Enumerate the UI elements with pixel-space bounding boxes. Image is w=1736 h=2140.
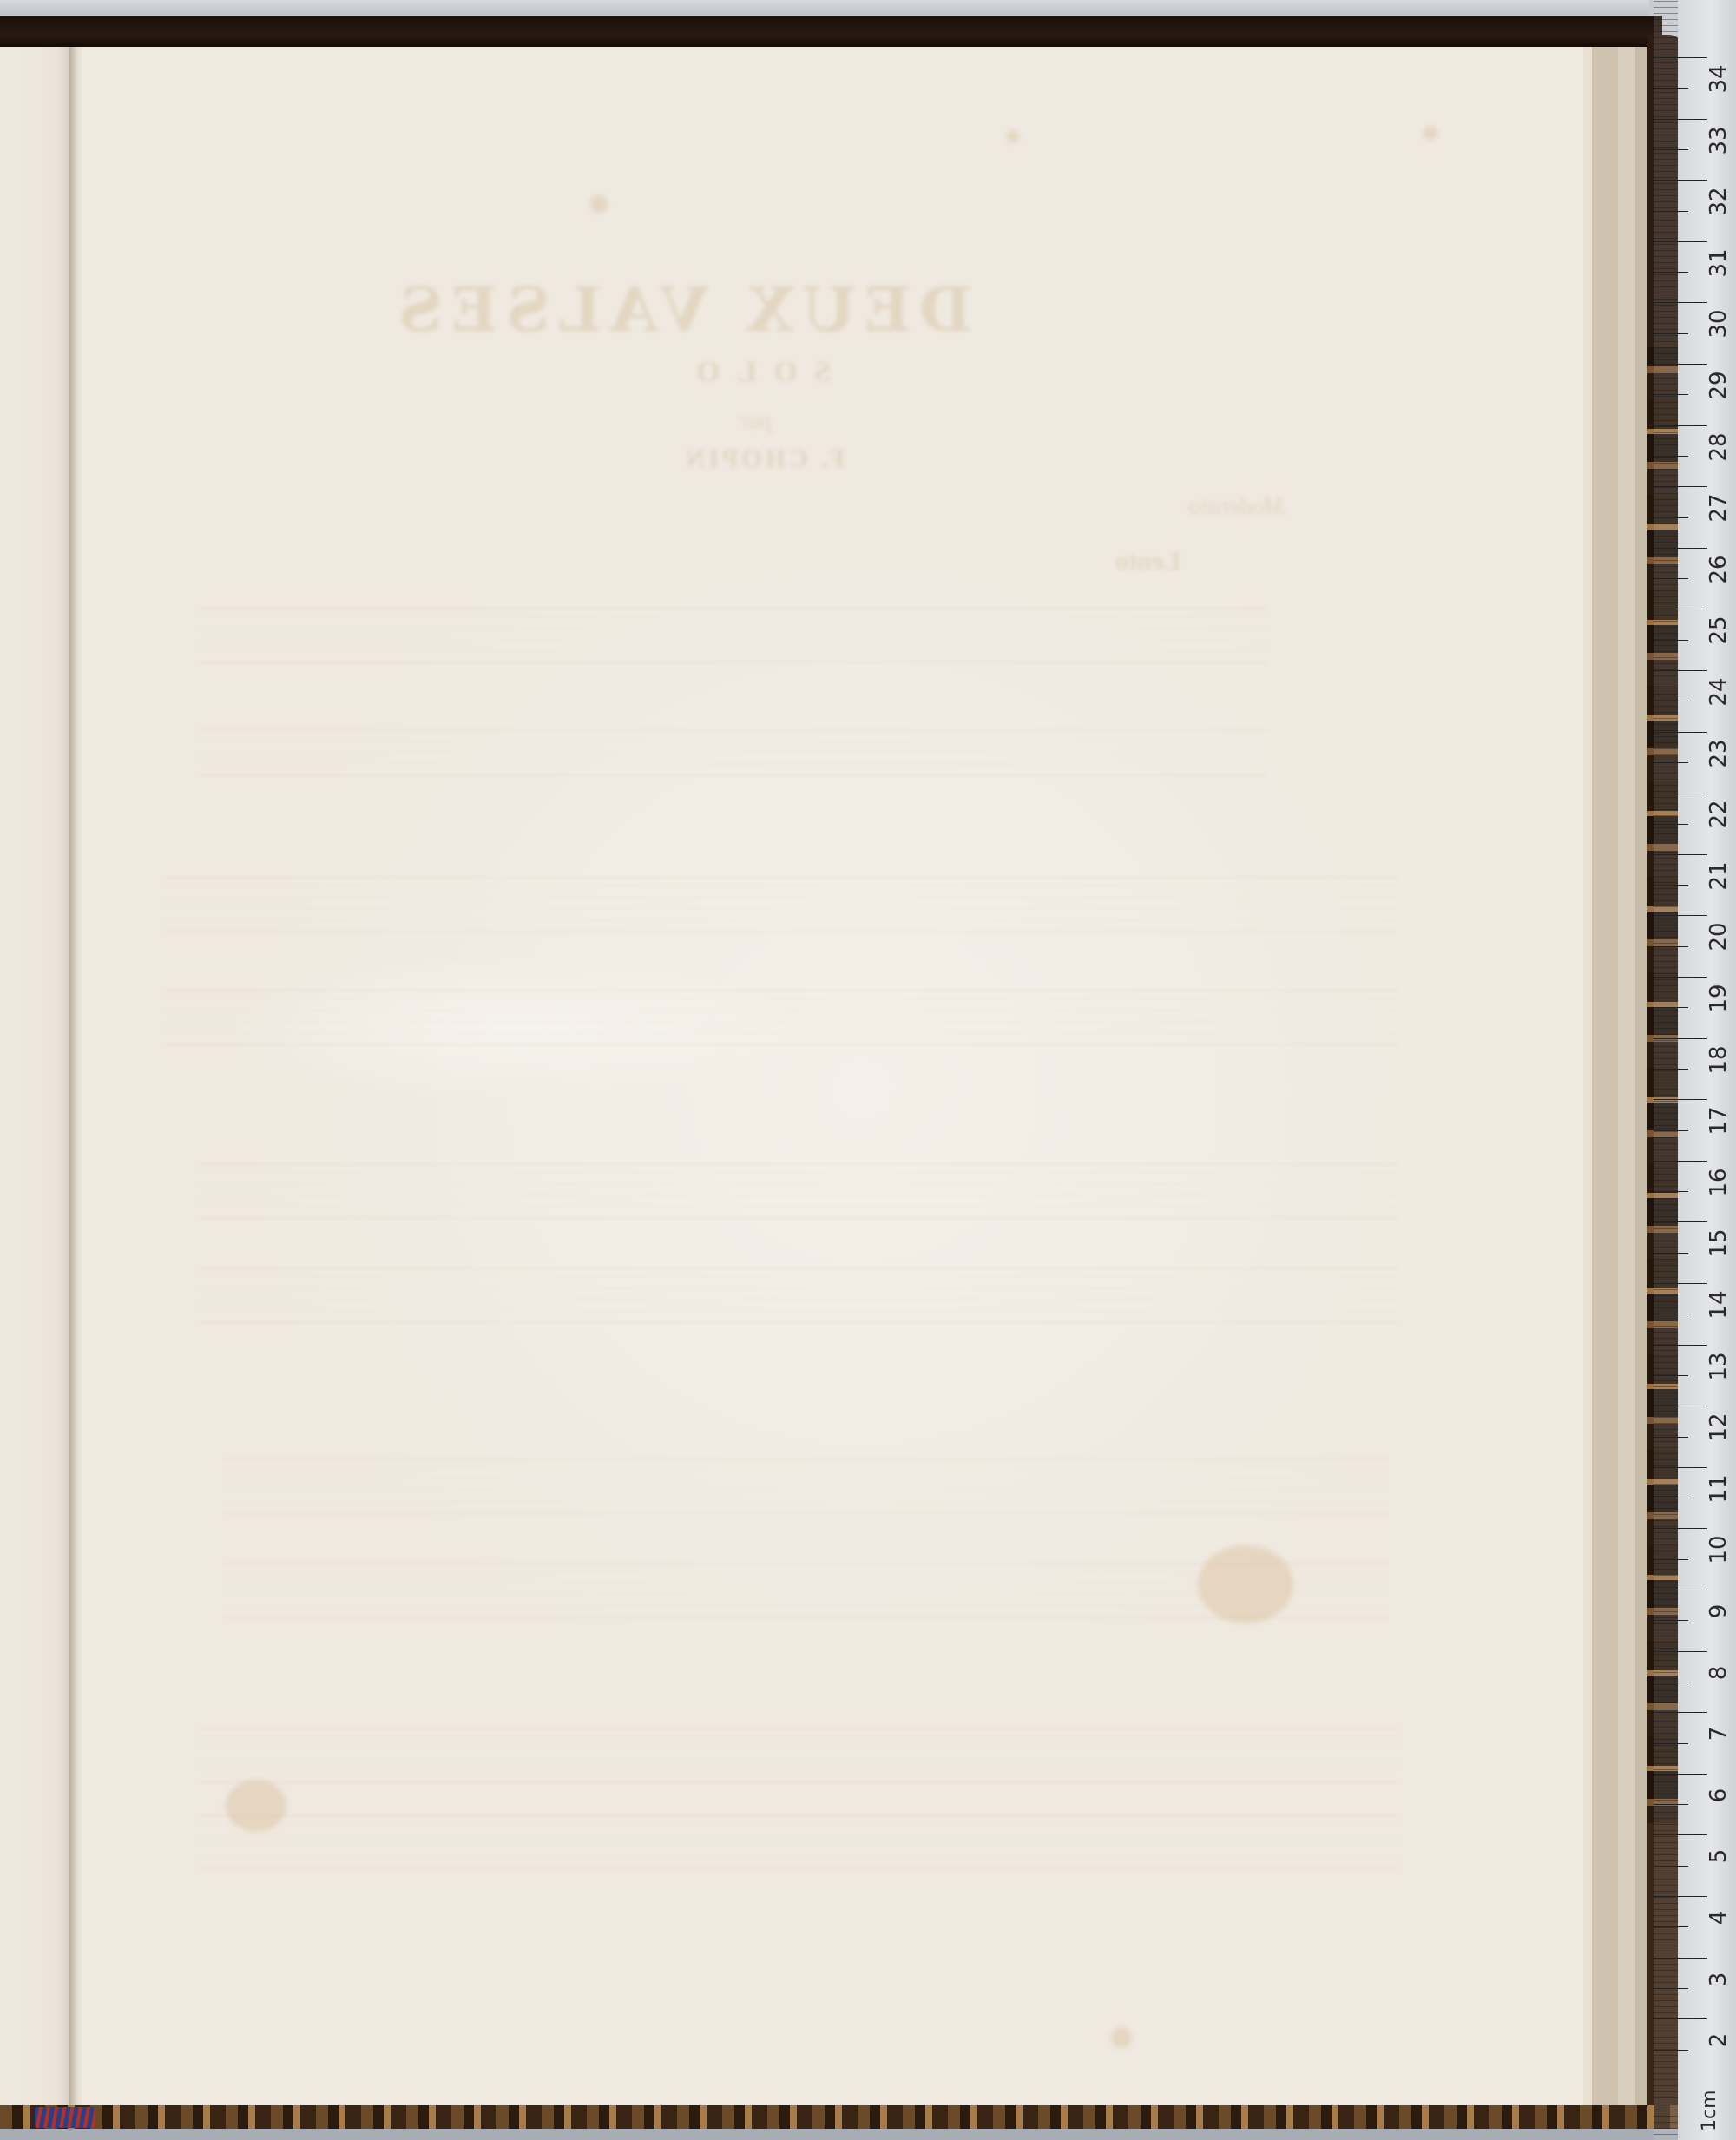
ruler-half-cm-tick [1654,88,1688,89]
ruler-cm-label: 8 [1706,1656,1732,1690]
show-through-staff-system-6 [200,1268,1397,1323]
ruler-cm-tick [1654,1221,1707,1222]
foxing-spot [1007,130,1019,142]
ruler-half-cm-tick [1654,1437,1688,1438]
ruler-cm-tick [1654,1099,1707,1100]
ruler-cm-tick [1654,486,1707,487]
ruler-half-cm-tick [1654,1007,1688,1008]
ruler-cm-tick [1654,1528,1707,1529]
ruler-half-cm-tick [1654,1804,1688,1805]
foxing-spot [1198,1545,1293,1623]
ruler-half-cm-tick [1654,1866,1688,1867]
ruler-half-cm-tick [1654,456,1688,457]
show-through-title: DEUX VALSES [538,273,972,346]
ruler-half-cm-tick [1654,578,1688,579]
ruler-cm-label: 17 [1706,1103,1732,1138]
ruler-cm-tick [1654,609,1707,609]
ruler-cm-tick [1654,1345,1707,1346]
scanner-background-bottom [0,2129,1684,2140]
ruler-cm-label: 32 [1706,184,1732,219]
ruler-half-cm-tick [1654,1191,1688,1192]
ruler-cm-label: 10 [1706,1532,1732,1567]
show-through-staff-system-3 [165,877,1397,932]
ruler-half-cm-tick [1654,272,1688,273]
ruler-cm-tick [1654,1774,1707,1775]
ruler-cm-tick [1654,1712,1707,1713]
ruler-half-cm-tick [1654,640,1688,641]
ruler-half-cm-tick [1654,885,1688,886]
ruler-cm-tick [1654,977,1707,978]
ruler-half-cm-tick [1654,333,1688,334]
show-through-staff-system-9 [200,1728,1397,1783]
ruler-cm-label: 2 [1706,2023,1732,2058]
ruler-cm-tick [1654,1406,1707,1406]
ruler-half-cm-tick [1654,1130,1688,1131]
ruler-cm-tick [1654,1834,1707,1835]
ruler-half-cm-tick [1654,1559,1688,1560]
ruler-cm-label: 19 [1706,981,1732,1016]
headband [35,2107,95,2128]
ruler-cm-label: 18 [1706,1043,1732,1077]
ruler-cm-label: 5 [1706,1839,1732,1873]
ruler-half-cm-tick [1654,1375,1688,1376]
ruler-cm-tick [1654,1161,1707,1162]
ruler-cm-tick [1654,548,1707,549]
ruler-unit-label: 1cm [1697,2097,1723,2131]
ruler-half-cm-tick [1654,1926,1688,1927]
show-through-composer: F. CHOPIN [582,444,946,474]
ruler-cm-label: 4 [1706,1900,1732,1935]
ruler-cm-label: 13 [1706,1349,1732,1384]
ruler-half-cm-tick [1654,1620,1688,1621]
ruler-cm-label: 27 [1706,491,1732,525]
ruler-cm-tick [1654,793,1707,793]
ruler-half-cm-tick [1654,2050,1688,2051]
ruler-cm-tick [1654,119,1707,120]
foxing-spot [226,1780,286,1832]
ruler-cm-label: 7 [1706,1716,1732,1751]
ruler-half-cm-tick [1654,762,1688,763]
ruler-half-cm-tick [1654,1069,1688,1070]
show-through-staff-system-1 [200,608,1267,663]
ruler-cm-label: 22 [1706,797,1732,832]
ruler-cm-tick [1654,1590,1707,1590]
ruler-cm-tick [1654,1958,1707,1959]
ruler-half-cm-tick [1654,1682,1688,1682]
ruler-cm-label: 31 [1706,246,1732,280]
ruler-cm-label: 23 [1706,736,1732,771]
ruler-cm-label: 29 [1706,368,1732,403]
ruler-cm-label: 12 [1706,1410,1732,1445]
ruler-cm-label: 33 [1706,123,1732,158]
book-cover-bottom-edge [0,2105,1684,2131]
ruler-half-cm-tick [1654,701,1688,701]
ruler-cm-label: 16 [1706,1165,1732,1200]
show-through-staff-system-4 [165,990,1397,1045]
ruler-millimeter-ticks [1654,0,1678,2140]
ruler-cm-tick [1654,915,1707,916]
ruler-cm-label: 28 [1706,430,1732,464]
ruler-cm-tick [1654,57,1707,58]
ruler-half-cm-tick [1654,1498,1688,1498]
ruler-cm-tick [1654,425,1707,426]
page-stack-fore-edge [1583,47,1647,2106]
show-through-subtitle: SOLO [625,356,885,389]
ruler-half-cm-tick [1654,149,1688,150]
ruler-cm-label: 34 [1706,62,1732,96]
ruler-cm-label: 25 [1706,613,1732,648]
ruler-cm-tick [1654,364,1707,365]
ruler-cm-tick [1654,241,1707,242]
ruler-half-cm-tick [1654,394,1688,395]
ruler-half-cm-tick [1654,824,1688,825]
ruler-cm-tick [1654,1283,1707,1284]
ruler-cm-tick [1654,854,1707,855]
show-through-staff-system-2 [200,729,1267,776]
ruler-cm-tick [1654,732,1707,733]
ruler-cm-label: 14 [1706,1287,1732,1322]
show-through-staff-system-7 [226,1458,1389,1514]
ruler-half-cm-tick [1654,1988,1688,1989]
ruler-cm-label: 26 [1706,552,1732,587]
ruler-cm-label: 11 [1706,1472,1732,1506]
ruler-cm-label: 3 [1706,1962,1732,1997]
show-through-tempo: Moderato [1068,493,1285,521]
ruler-cm-tick [1654,180,1707,181]
ruler-cm-label: 21 [1706,859,1732,893]
ruler-half-cm-tick [1654,1743,1688,1744]
ruler-cm-tick [1654,1467,1707,1468]
ruler-half-cm-tick [1654,946,1688,947]
ruler-half-cm-tick [1654,1253,1688,1254]
ruler-cm-tick [1654,302,1707,303]
ruler-half-cm-tick [1654,517,1688,518]
ruler-half-cm-tick [1654,211,1688,212]
left-facing-page [0,47,71,2106]
ruler-cm-label: 20 [1706,919,1732,954]
show-through-tempo-2: Lento [1076,547,1180,576]
ruler-cm-tick [1654,1651,1707,1652]
ruler-cm-label: 24 [1706,675,1732,709]
show-through-by: par [712,408,799,434]
foxing-spot [590,195,608,213]
show-through-staff-system-5 [200,1163,1397,1219]
foxing-spot [1424,126,1437,140]
ruler-cm-tick [1654,1038,1707,1039]
show-through-staff-system-10 [200,1814,1397,1870]
ruler-cm-tick [1654,1896,1707,1897]
ruler-cm-label: 9 [1706,1594,1732,1629]
ruler-cm-label: 15 [1706,1226,1732,1261]
foxing-spot [1111,2027,1132,2048]
ruler-cm-tick [1654,670,1707,671]
ruler-cm-label: 6 [1706,1778,1732,1813]
ruler-cm-tick [1654,2018,1707,2019]
ruler-cm-label: 30 [1706,306,1732,341]
ruler-half-cm-tick [1654,1314,1688,1314]
book-cover-top-edge [0,16,1662,49]
